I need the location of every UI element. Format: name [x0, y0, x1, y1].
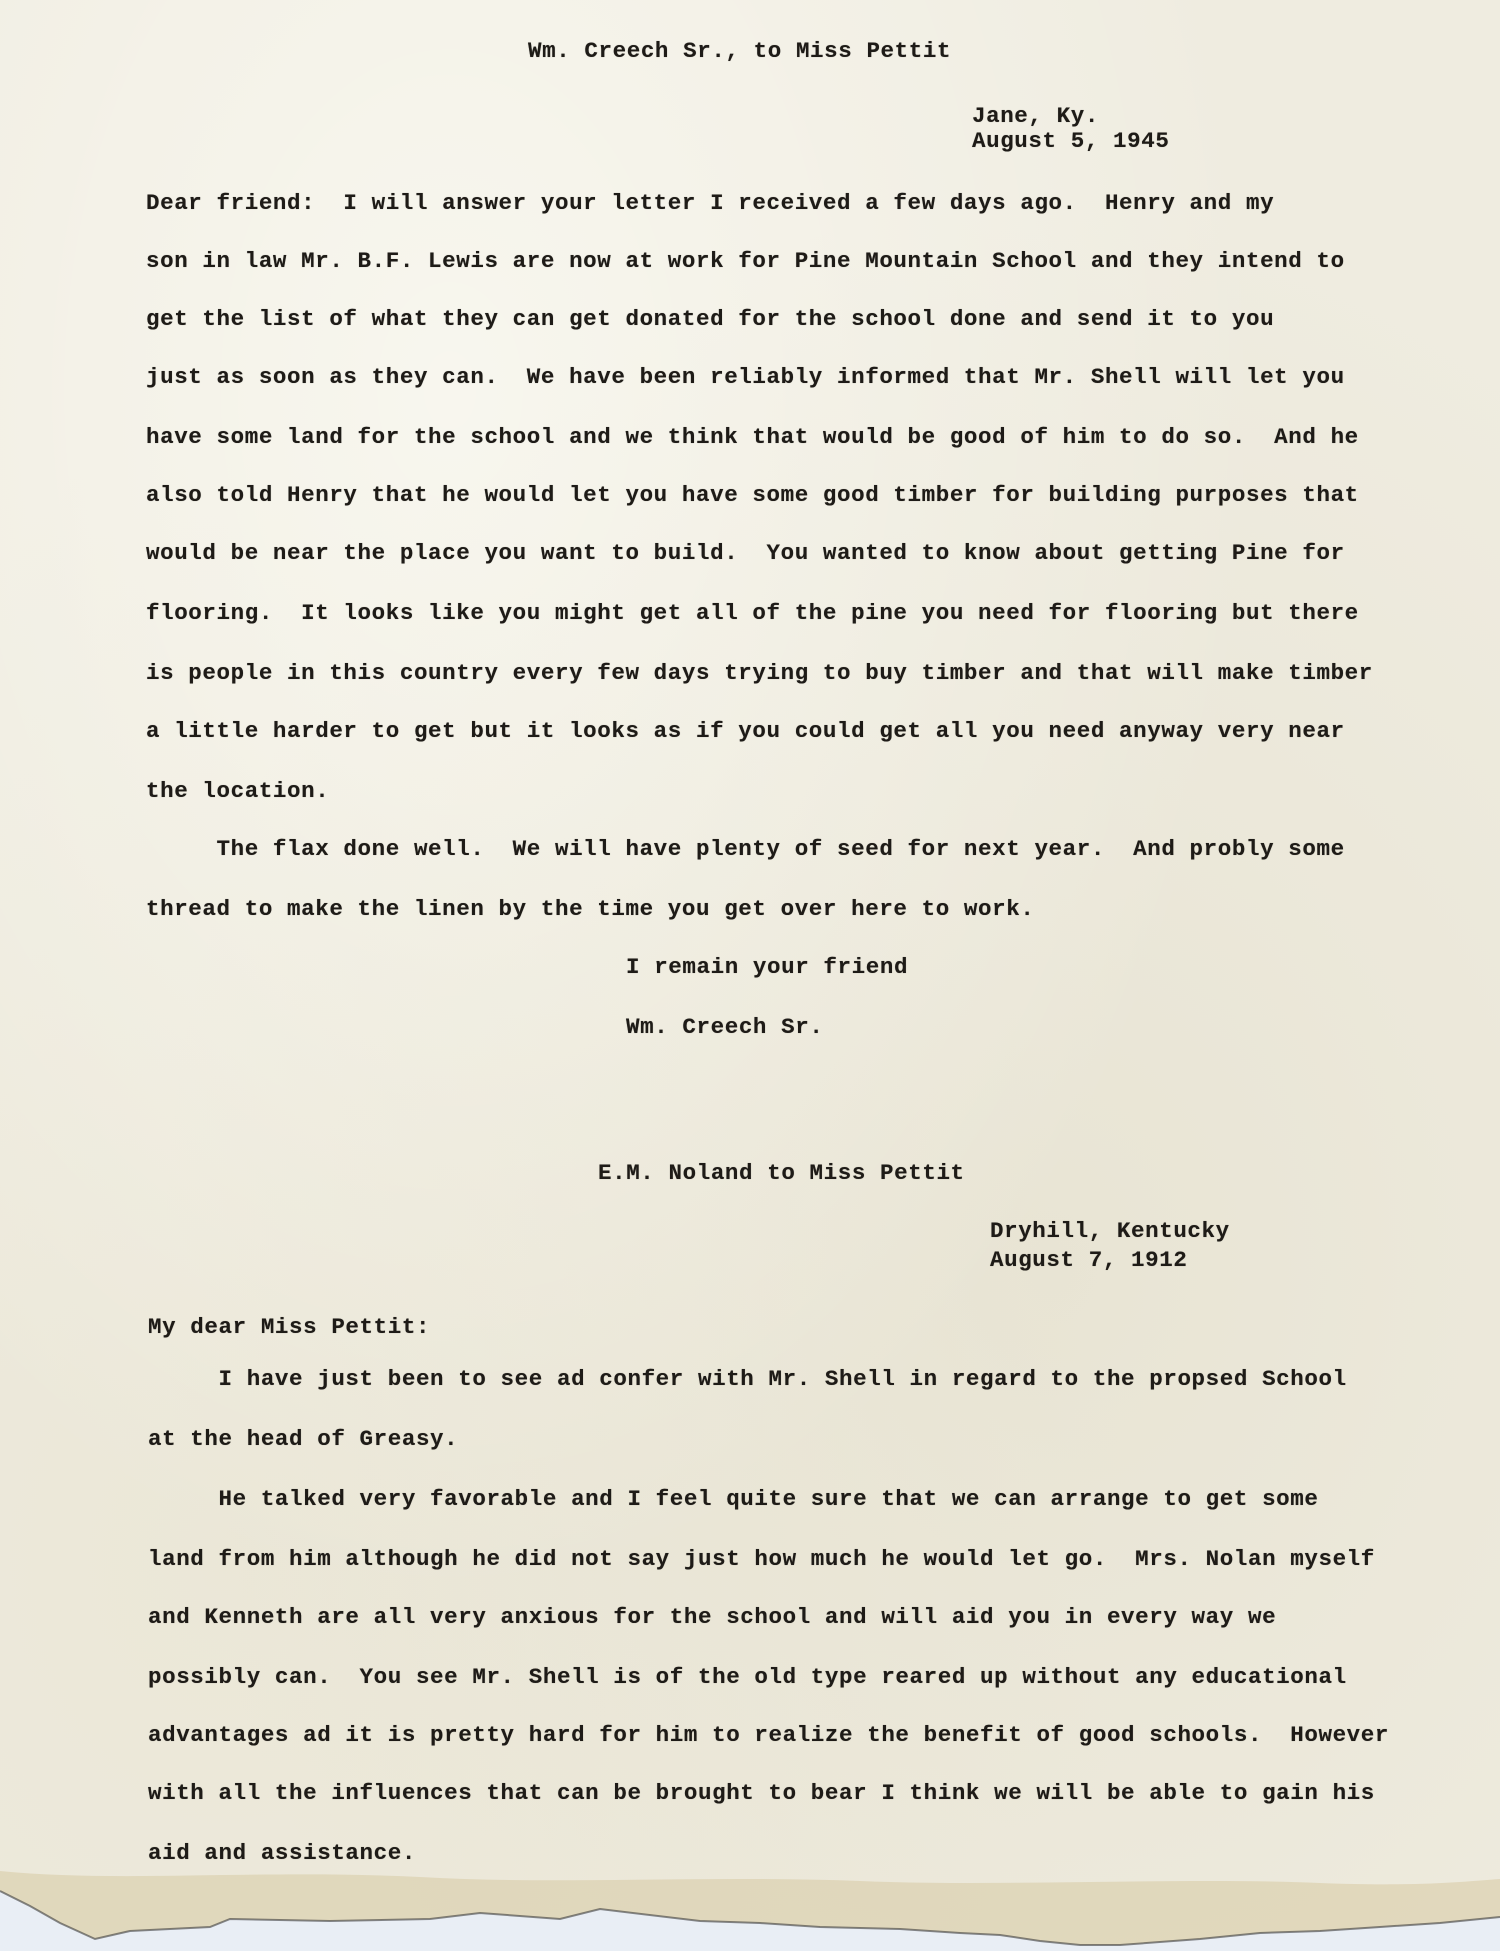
- letter-2-salutation: My dear Miss Pettit:: [148, 1314, 430, 1340]
- letter-2-body-line: He talked very favorable and I feel quit…: [148, 1486, 1318, 1512]
- letter-1-body-line: get the list of what they can get donate…: [146, 306, 1274, 332]
- letter-1-heading: Wm. Creech Sr., to Miss Pettit: [528, 38, 951, 64]
- letter-1-body-line: have some land for the school and we thi…: [146, 424, 1359, 450]
- letter-1-body-line: a little harder to get but it looks as i…: [146, 718, 1345, 744]
- letter-1-body-line: the location.: [146, 778, 329, 804]
- letter-2-place: Dryhill, Kentucky: [990, 1218, 1230, 1244]
- letter-1-signature: Wm. Creech Sr.: [626, 1014, 823, 1040]
- letter-2-body-line: at the head of Greasy.: [148, 1426, 458, 1452]
- letter-1-body-line: also told Henry that he would let you ha…: [146, 482, 1359, 508]
- document-page: Wm. Creech Sr., to Miss Pettit Jane, Ky.…: [0, 0, 1500, 1951]
- letter-2-body-line: possibly can. You see Mr. Shell is of th…: [148, 1664, 1347, 1690]
- torn-paper-edge: [0, 1861, 1500, 1951]
- letter-1-body-line: thread to make the linen by the time you…: [146, 896, 1034, 922]
- letter-1-body-line: is people in this country every few days…: [146, 660, 1373, 686]
- letter-2-body-line: with all the influences that can be brou…: [148, 1780, 1375, 1806]
- letter-2-heading: E.M. Noland to Miss Pettit: [598, 1160, 965, 1186]
- letter-1-body-line: The flax done well. We will have plenty …: [146, 836, 1345, 862]
- letter-1-body-line: would be near the place you want to buil…: [146, 540, 1345, 566]
- letter-1-date: August 5, 1945: [972, 128, 1169, 154]
- letter-2-body-line: land from him although he did not say ju…: [148, 1546, 1375, 1572]
- letter-2-body-line: I have just been to see ad confer with M…: [148, 1366, 1347, 1392]
- letter-1-body-line: flooring. It looks like you might get al…: [146, 600, 1359, 626]
- letter-1-body-line: Dear friend: I will answer your letter I…: [146, 190, 1274, 216]
- letter-1-place: Jane, Ky.: [972, 103, 1099, 129]
- letter-2: E.M. Noland to Miss Pettit Dryhill, Kent…: [0, 0, 56, 442]
- letter-2-date: August 7, 1912: [990, 1247, 1187, 1273]
- letter-1-closing: I remain your friend: [626, 954, 908, 980]
- letter-1-body-line: just as soon as they can. We have been r…: [146, 364, 1345, 390]
- letter-1-body-line: son in law Mr. B.F. Lewis are now at wor…: [146, 248, 1345, 274]
- letter-2-body-line: and Kenneth are all very anxious for the…: [148, 1604, 1276, 1630]
- letter-2-body-line: advantages ad it is pretty hard for him …: [148, 1722, 1389, 1748]
